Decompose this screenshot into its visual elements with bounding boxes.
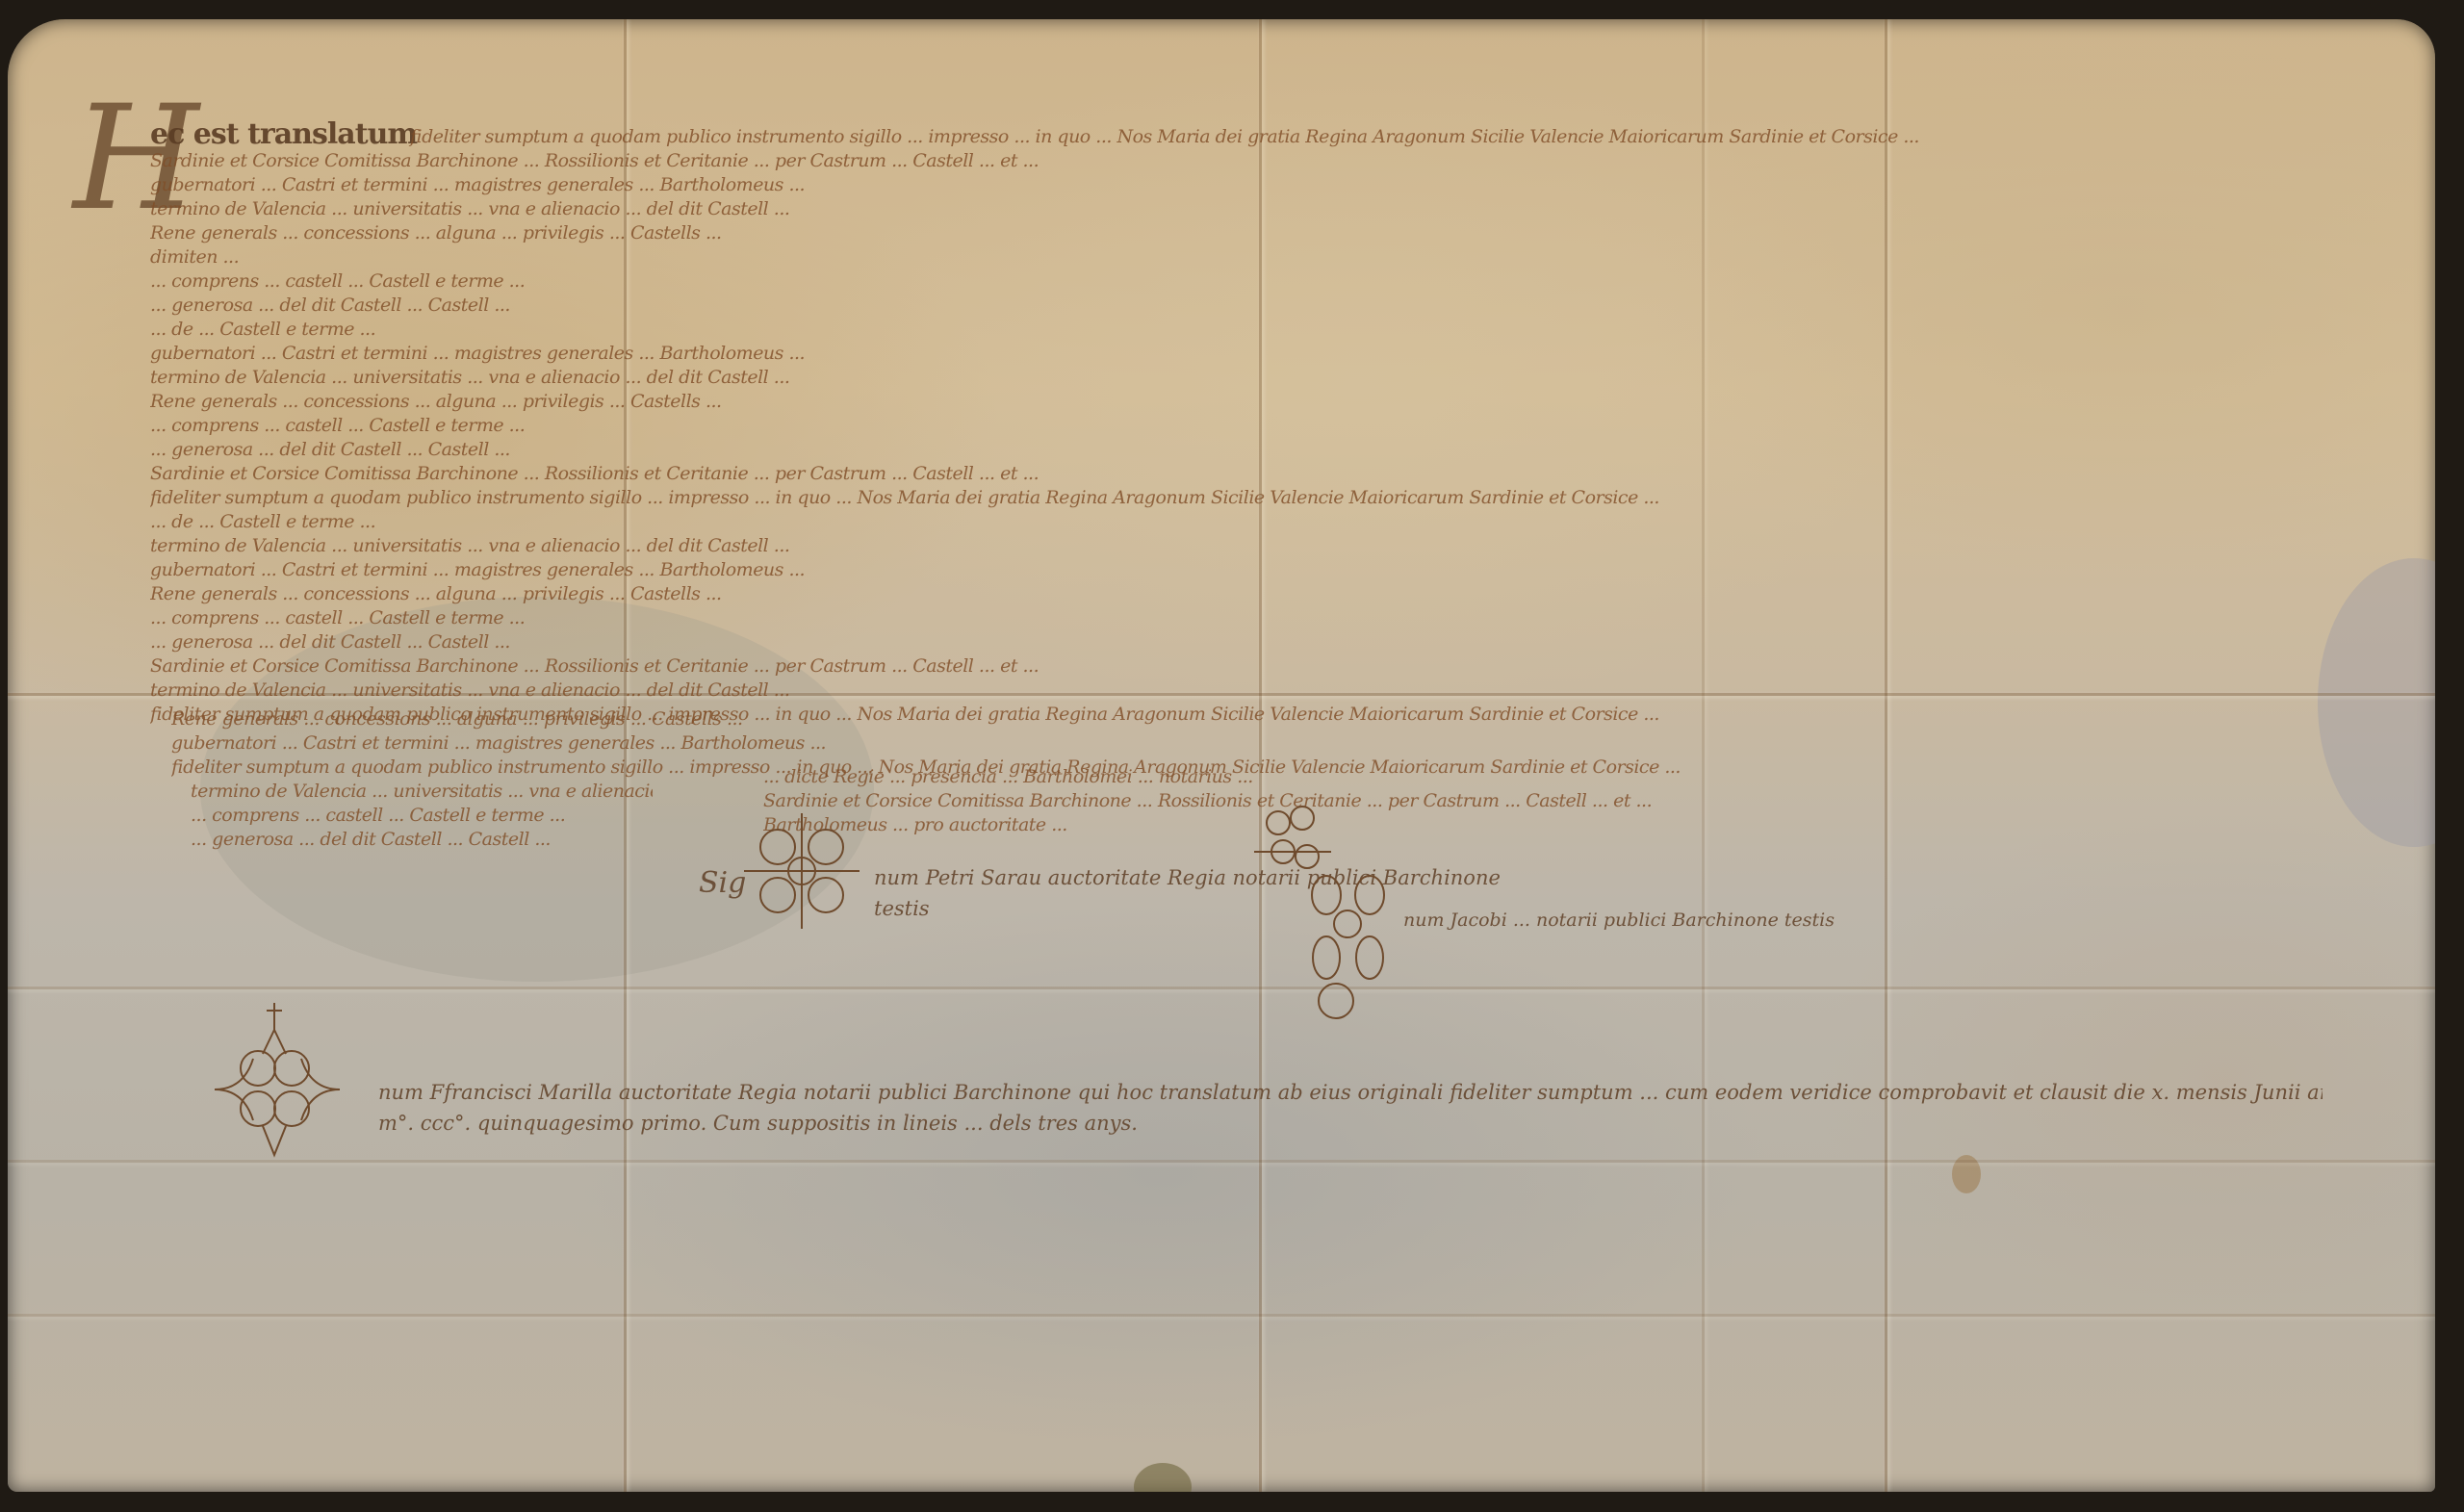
text-line: termino de Valencia ... universitatis ..… — [150, 534, 2345, 558]
fold-line-horizontal — [8, 1314, 2435, 1317]
text-line: termino de Valencia ... universitatis ..… — [150, 197, 2345, 221]
text-line: ... comprens ... castell ... Castell e t… — [150, 606, 2345, 630]
text-line: ... de ... Castell e terme ... — [150, 318, 2345, 342]
notarial-sign-4 — [205, 1001, 359, 1165]
notarial-sign-1 — [739, 808, 864, 934]
text-line: ... comprens ... castell ... Castell e t… — [150, 414, 2345, 438]
text-line: termino de Valencia ... universitatis ..… — [150, 679, 2345, 703]
text-line: Sardinie et Corsice Comitissa Barchinone… — [150, 462, 2345, 486]
subscription-line-2: num Jacobi ... notarii publici Barchinon… — [1403, 910, 1835, 931]
parchment-charter: H ec est translatum fideliter sumptum a … — [8, 19, 2435, 1492]
text-line: gubernatori ... Castri et termini ... ma… — [171, 731, 2337, 756]
subscription-line-1: num Petri Sarau auctoritate Regia notari… — [874, 866, 1501, 889]
text-line: ... comprens ... castell ... Castell e t… — [150, 269, 2345, 294]
subscription-line-3b: m°. ccc°. quinquagesimo primo. Cum suppo… — [378, 1112, 1138, 1135]
signature-label-1: Sig — [699, 866, 746, 900]
text-line: ... generosa ... del dit Castell ... Cas… — [150, 438, 2345, 462]
bracketed-text: ... dicte Regie ... presencia ... Bartho… — [763, 765, 2332, 837]
text-line: ... generosa ... del dit Castell ... Cas… — [150, 294, 2345, 318]
text-line: Rene generals ... concessions ... alguna… — [150, 390, 2345, 414]
text-line: Sardinie et Corsice Comitissa Barchinone… — [150, 654, 2345, 679]
text-line: Rene generals ... concessions ... alguna… — [171, 707, 2337, 731]
text-line: fideliter sumptum a quodam publico instr… — [150, 125, 2345, 149]
text-line: fideliter sumptum a quodam publico instr… — [150, 486, 2345, 510]
fold-line-horizontal — [8, 1160, 2435, 1163]
subscription-line-3: num Ffrancisci Marilla auctoritate Regia… — [378, 1081, 2323, 1104]
text-line: Bartholomeus ... pro auctoritate ... — [763, 813, 2332, 837]
text-line: gubernatori ... Castri et termini ... ma… — [150, 558, 2345, 582]
left-text-tail: termino de Valencia ... universitatis ..… — [191, 780, 653, 852]
text-line: ... generosa ... del dit Castell ... Cas… — [191, 828, 653, 852]
notarial-sign-3 — [1249, 799, 1336, 905]
text-line: gubernatori ... Castri et termini ... ma… — [150, 173, 2345, 197]
text-line: ... dicte Regie ... presencia ... Bartho… — [763, 765, 2332, 789]
subscription-line-1b: testis — [874, 897, 930, 920]
text-line: ... de ... Castell e terme ... — [150, 510, 2345, 534]
text-line: termino de Valencia ... universitatis ..… — [150, 366, 2345, 390]
text-line: Rene generals ... concessions ... alguna… — [150, 582, 2345, 606]
stain — [1134, 1463, 1192, 1492]
text-line: Sardinie et Corsice Comitissa Barchinone… — [763, 789, 2332, 813]
text-line: Sardinie et Corsice Comitissa Barchinone… — [150, 149, 2345, 173]
text-line: Rene generals ... concessions ... alguna… — [150, 221, 2345, 245]
main-text-block: fideliter sumptum a quodam publico instr… — [150, 125, 2345, 727]
text-line: dimiten ... — [150, 245, 2345, 269]
text-line: gubernatori ... Castri et termini ... ma… — [150, 342, 2345, 366]
fold-line-horizontal — [8, 987, 2435, 989]
text-line: termino de Valencia ... universitatis ..… — [191, 780, 653, 804]
text-line: ... generosa ... del dit Castell ... Cas… — [150, 630, 2345, 654]
text-line: ... comprens ... castell ... Castell e t… — [191, 804, 653, 828]
